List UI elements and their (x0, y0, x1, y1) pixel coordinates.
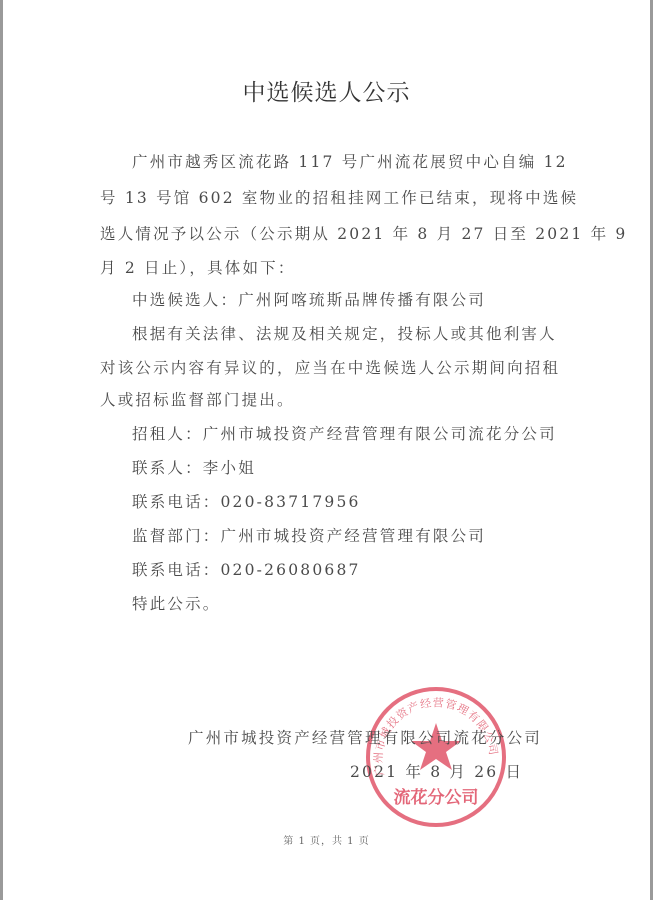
contact-person-line: 联系人：李小姐 (132, 456, 256, 478)
contact-phone-line: 联系电话：020-83717956 (132, 490, 361, 512)
supervisor-line: 监督部门：广州市城投资产经营管理有限公司 (132, 524, 486, 546)
body-line: 对该公示内容有异议的，应当在中选候选人公示期间向招租 (100, 356, 560, 378)
official-seal-stamp-icon: 流花分公司 广州市城投资产经营管理有限公司 (362, 685, 510, 830)
page-edge-left (0, 0, 3, 900)
body-line: 根据有关法律、法规及相关规定，投标人或其他利害人 (132, 322, 557, 344)
signature-company: 广州市城投资产经营管理有限公司流花分公司 (188, 726, 542, 748)
body-line: 选人情况予以公示（公示期从 2021 年 8 月 27 日至 2021 年 9 (100, 222, 627, 244)
document-title: 中选候选人公示 (0, 74, 653, 107)
svg-text:流花分公司: 流花分公司 (394, 787, 479, 808)
page-number: 第 1 页，共 1 页 (0, 832, 653, 847)
body-line: 月 2 日止），具体如下： (100, 256, 296, 278)
body-line: 广州市越秀区流花路 117 号广州流花展贸中心自编 12 (132, 150, 568, 172)
lessor-line: 招租人：广州市城投资产经营管理有限公司流花分公司 (132, 422, 557, 444)
selected-candidate: 中选候选人：广州阿喀琉斯品牌传播有限公司 (132, 288, 486, 310)
signature-date: 2021 年 8 月 26 日 (350, 760, 523, 782)
closing-line: 特此公示。 (132, 592, 221, 614)
supervisor-phone-line: 联系电话：020-26080687 (132, 558, 361, 580)
body-line: 人或招标监督部门提出。 (100, 388, 295, 410)
body-line: 号 13 号馆 602 室物业的招租挂网工作已结束，现将中选候 (100, 186, 578, 208)
